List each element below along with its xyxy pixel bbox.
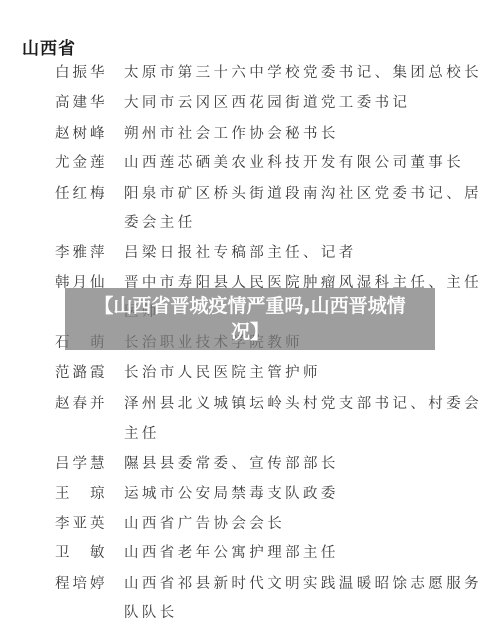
person-name: 尤金莲 bbox=[55, 148, 117, 178]
list-item: 范潞霞 长治市人民医院主管护师 bbox=[0, 358, 500, 388]
person-position: 隰县县委常委、宣传部部长 bbox=[124, 449, 474, 479]
person-name: 赵树峰 bbox=[55, 119, 117, 149]
list-item: 王 琼 运城市公安局禁毒支队政委 bbox=[0, 479, 500, 509]
person-name: 赵春并 bbox=[55, 389, 117, 419]
person-position: 泽州县北义城镇坛岭头村党支部书记、村委会 bbox=[124, 389, 474, 419]
overlay-title-line-1: 【山西省晋城疫情严重吗,山西晋城情 bbox=[65, 293, 435, 319]
person-position: 朔州市社会工作协会秘书长 bbox=[124, 119, 474, 149]
list-item: 赵树峰 朔州市社会工作协会秘书长 bbox=[0, 119, 500, 149]
overlay-title-line-2: 况】 bbox=[65, 319, 435, 345]
list-item-continuation: 队队长 bbox=[0, 598, 500, 628]
person-name: 吕学慧 bbox=[55, 449, 117, 479]
person-position: 山西省广告协会会长 bbox=[124, 509, 474, 539]
article-title-overlay: 【山西省晋城疫情严重吗,山西晋城情 况】 bbox=[65, 288, 435, 350]
list-item: 李雅萍 吕梁日报社专稿部主任、记者 bbox=[0, 238, 500, 268]
person-position: 运城市公安局禁毒支队政委 bbox=[124, 479, 474, 509]
list-item: 尤金莲 山西莲芯硒美农业科技开发有限公司董事长 bbox=[0, 148, 500, 178]
person-position-cont: 委会主任 bbox=[124, 208, 474, 238]
person-position: 山西省老年公寓护理部主任 bbox=[124, 538, 474, 568]
person-name: 李雅萍 bbox=[55, 238, 117, 268]
person-name: 高建华 bbox=[55, 88, 117, 118]
person-position: 山西莲芯硒美农业科技开发有限公司董事长 bbox=[124, 148, 474, 178]
person-name: 范潞霞 bbox=[55, 358, 117, 388]
person-position-cont: 主任 bbox=[124, 419, 474, 449]
person-name: 王 琼 bbox=[55, 479, 117, 509]
person-position: 太原市第三十六中学校党委书记、集团总校长 bbox=[124, 58, 474, 88]
list-item: 卫 敏 山西省老年公寓护理部主任 bbox=[0, 538, 500, 568]
list-item: 李亚英 山西省广告协会会长 bbox=[0, 509, 500, 539]
person-position: 吕梁日报社专稿部主任、记者 bbox=[124, 238, 474, 268]
person-position: 阳泉市矿区桥头街道段南沟社区党委书记、居 bbox=[124, 179, 474, 209]
list-item: 任红梅 阳泉市矿区桥头街道段南沟社区党委书记、居 bbox=[0, 179, 500, 209]
person-name: 任红梅 bbox=[55, 179, 117, 209]
list-item: 赵春并 泽州县北义城镇坛岭头村党支部书记、村委会 bbox=[0, 389, 500, 419]
list-item: 程培婷 山西省祁县新时代文明实践温暖昭馀志愿服务 bbox=[0, 569, 500, 599]
person-name: 白振华 bbox=[55, 58, 117, 88]
list-item: 高建华 大同市云冈区西花园街道党工委书记 bbox=[0, 88, 500, 118]
person-name: 程培婷 bbox=[55, 569, 117, 599]
person-name: 李亚英 bbox=[55, 509, 117, 539]
list-item-continuation: 委会主任 bbox=[0, 208, 500, 238]
list-item: 白振华 太原市第三十六中学校党委书记、集团总校长 bbox=[0, 58, 500, 88]
province-title: 山西省 bbox=[22, 34, 76, 59]
person-position: 大同市云冈区西花园街道党工委书记 bbox=[124, 88, 474, 118]
person-position-cont: 队队长 bbox=[124, 598, 474, 628]
person-position: 山西省祁县新时代文明实践温暖昭馀志愿服务 bbox=[124, 569, 474, 599]
list-item: 吕学慧 隰县县委常委、宣传部部长 bbox=[0, 449, 500, 479]
list-item-continuation: 主任 bbox=[0, 419, 500, 449]
person-position: 长治市人民医院主管护师 bbox=[124, 358, 474, 388]
person-name: 卫 敏 bbox=[55, 538, 117, 568]
